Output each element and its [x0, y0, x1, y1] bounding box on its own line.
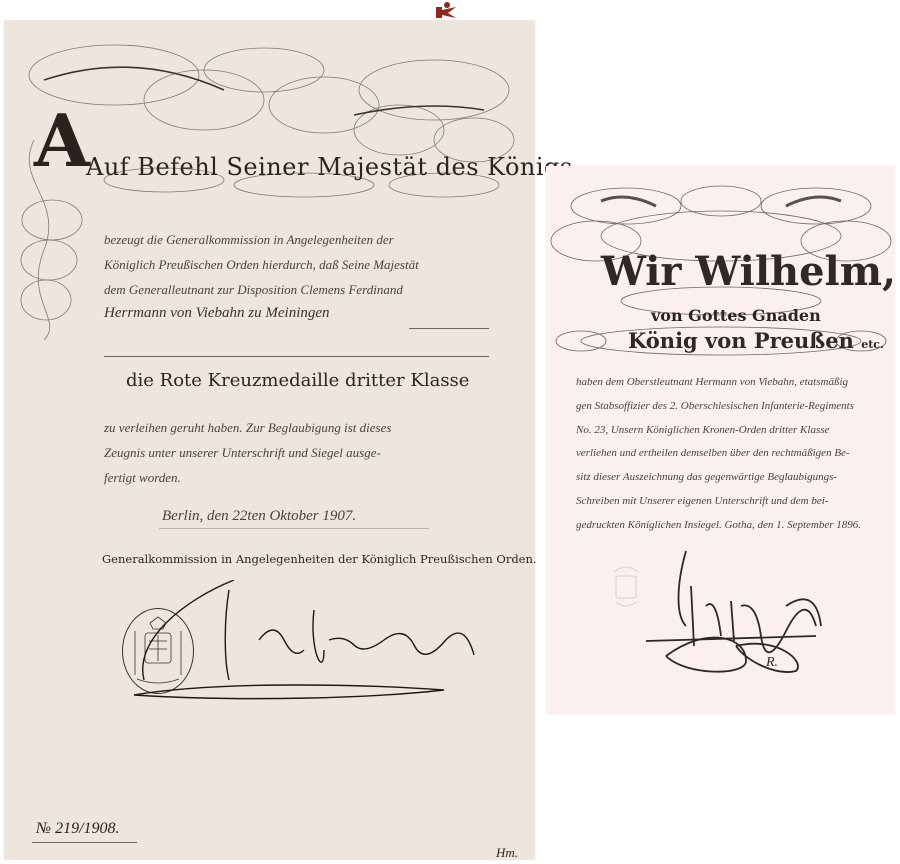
- coat-of-arms-icon: [123, 609, 193, 693]
- separator-line: [104, 356, 489, 357]
- date-underline: [159, 528, 429, 529]
- right-body-line-6: Schreiben mit Unserer eigenen Unterschri…: [576, 495, 828, 507]
- issuer-line: Generalkommission in Angelegenheiten der…: [102, 552, 537, 566]
- coat-of-arms-seal: [122, 608, 194, 694]
- clerk-initials: Hm.: [496, 845, 518, 861]
- signature-wilhelm: R.: [646, 546, 866, 686]
- right-body-line-7: gedruckten Königlichen Insiegel. Gotha, …: [576, 519, 861, 531]
- right-body-line-3: No. 23, Unsern Königlichen Kronen-Orden …: [576, 424, 829, 436]
- decorative-initial-a: A: [34, 105, 90, 177]
- place-date: Berlin, den 22ten Oktober 1907.: [162, 508, 356, 525]
- right-subheading: von Gottes Gnaden: [651, 306, 821, 325]
- right-certificate: Wir Wilhelm, von Gottes Gnaden König von…: [546, 166, 895, 714]
- closing-line-3: fertigt worden.: [104, 470, 181, 486]
- closing-line-2: Zeugnis unter unserer Unterschrift und S…: [104, 445, 381, 461]
- number-underline: [32, 842, 137, 843]
- fill-line: [409, 328, 489, 329]
- award-title: die Rote Kreuzmedaille dritter Klasse: [126, 370, 469, 391]
- rk-logo-icon: [436, 2, 458, 18]
- document-number: № 219/1908.: [36, 820, 120, 838]
- embossed-coat-of-arms-icon: [606, 562, 646, 614]
- body-line-1: bezeugt die Generalkommission in Angeleg…: [104, 232, 394, 248]
- right-heading: Wir Wilhelm,: [601, 248, 896, 295]
- right-body-line-5: sitz dieser Auszeichnung das gegenwärtig…: [576, 471, 837, 483]
- right-body-line-4: verliehen und ertheilen demselben über d…: [576, 447, 850, 459]
- left-heading: Auf Befehl Seiner Majestät des Königs: [86, 153, 573, 181]
- right-body-line-1: haben dem Oberstleutnant Hermann von Vie…: [576, 376, 848, 388]
- calligraphic-flourish-decoration: [4, 20, 535, 350]
- body-line-2: Königlich Preußischen Orden hierdurch, d…: [104, 257, 419, 273]
- svg-text:R.: R.: [765, 655, 778, 670]
- right-body-line-2: gen Stabsoffizier des 2. Oberschlesische…: [576, 400, 854, 412]
- left-certificate: A Auf Befehl Seiner Majestät des Königs …: [4, 20, 535, 860]
- closing-line-1: zu verleihen geruht haben. Zur Beglaubig…: [104, 420, 391, 436]
- right-title-line: König von Preußen etc.: [628, 328, 884, 353]
- body-line-3: dem Generalleutnant zur Disposition Clem…: [104, 282, 403, 298]
- recipient-name-line: Herrmann von Viebahn zu Meiningen: [104, 305, 330, 322]
